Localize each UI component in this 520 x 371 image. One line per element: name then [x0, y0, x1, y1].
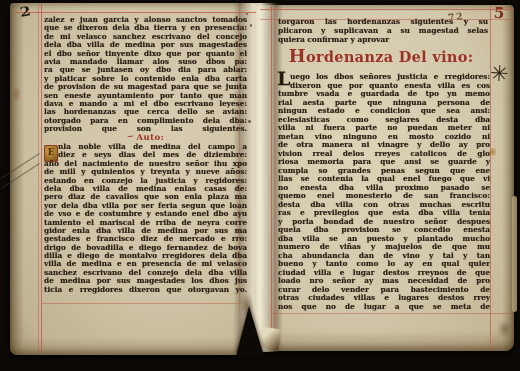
- manuscript-text-line: de provision de su magestad para que se …: [44, 83, 247, 91]
- tironian-mark-icon: 2: [19, 4, 32, 21]
- manuscript-text-line: quiera confirmar y aprovar: [278, 35, 488, 44]
- manuscript-text-line: de mi velasco sanchez escrivano del conc…: [44, 33, 247, 41]
- manuscript-text-line: de otra manera ni vinagre y dello ay pro: [278, 141, 490, 150]
- page-edge-sliver: [512, 196, 517, 312]
- manuscript-text-line: zalez e juan garcia y alonso sanctos tom…: [44, 16, 247, 24]
- manuscript-text-line: llas se contenia la qual enel fuego que …: [278, 175, 490, 184]
- manuscript-text-line: curar delo vender para bastecimiento de: [278, 286, 490, 295]
- manuscript-text-line: numero de viñas y majuelos de que mu: [278, 243, 490, 252]
- manuscript-text-line: y porla bondad de nuestro señor despues: [278, 218, 490, 227]
- manuscript-text-line: dilla e diego de montalvo rregidores del…: [44, 252, 247, 260]
- manuscript-text-line: villa de medina e en presencia de mi vel…: [44, 260, 247, 268]
- manuscript-text-line: sanchez escrivano del conzejo dela dba v…: [44, 269, 247, 277]
- manuscript-text-line: desta dba villa con otras muchas escritu: [278, 201, 490, 210]
- manuscript-text-line: plicaron y suplicavan a su magestad sela…: [278, 26, 488, 35]
- manuscript-text-line: pero diaz de cavallos que son enla plaza…: [44, 193, 247, 201]
- manuscript-text-line: vision rreal delos rreyes catolicos de g…: [278, 150, 490, 159]
- manuscript-text-line: loado nro señor ay mas necesidad de pro: [278, 277, 490, 286]
- ink-dot: [248, 120, 251, 123]
- manuscript-text-line: uego los dbos señores justicia e rregido…: [290, 73, 490, 82]
- right-page-text-body: uego los dbos señores justicia e rregido…: [278, 73, 490, 311]
- manuscript-text-line: dela dba villa de medina por sus magesta…: [44, 41, 247, 49]
- manuscript-text-line: ciudad villa e lugar destos rreynos de q…: [278, 269, 490, 278]
- margin-asterisk-icon: ✳: [489, 61, 509, 87]
- manuscript-text-line: que se dixeron dela dba tierra y en pres…: [44, 24, 247, 32]
- ruling-line: [38, 4, 39, 352]
- manuscript-text-line: villa ni fuera parte no puedan meter ni: [278, 124, 490, 133]
- rubric-heading-auto-label: Auto:: [136, 133, 164, 143]
- manuscript-text-line: otorgado para en complimiento dela dba:: [44, 117, 247, 125]
- manuscript-text-line: nla noble villa de medina del campo a: [58, 143, 247, 151]
- folio-number-red: 5: [493, 4, 505, 23]
- ruling-line: [41, 303, 241, 304]
- manuscript-text-line: rial aesta parte que ninguna persona de: [278, 99, 490, 108]
- manuscript-text-line: el dbo señor tinyente dixo que por quant…: [44, 50, 247, 58]
- manuscript-text-line: las hordenanzas que cerca dello se avian…: [44, 108, 247, 116]
- manuscript-text-line: tumbre vsada e guardada de tpo yn memo: [278, 90, 490, 99]
- manuscript-text-line: ningun estado e condicion que sea ansi:: [278, 107, 490, 116]
- manuscript-text-line: cumpla so grandes penas segun que ene: [278, 167, 490, 176]
- manuscript-text-line: avia mandado llamar alos suso dbos pa:: [44, 58, 247, 66]
- rubric-heading-vino: Hordenanza Del vino:: [262, 46, 500, 70]
- manuscript-text-line: metan vino ninguno en mosto cozido ni: [278, 133, 490, 142]
- manuscript-text-line: no enesta dba villa proximo pasado se: [278, 184, 490, 193]
- manuscript-text-line: estando en conzejo la justicia y regidor…: [44, 177, 247, 185]
- ruling-line: [260, 9, 513, 10]
- ruling-line: [14, 12, 256, 13]
- manuscript-text-line: año del nacimiento de nuestro señor ihu …: [44, 160, 247, 168]
- rubric-flourish: ~: [126, 131, 136, 142]
- manuscript-text-line: ras e previlegios que esta dba villa ten…: [278, 209, 490, 218]
- manuscript-text-line: dava e mando a mi el dbo escrivano leyes…: [44, 100, 247, 108]
- manuscript-text-line: de mill y quinientos y treynta y nueve a…: [44, 168, 247, 176]
- manuscript-text-line: gidor enla dba villa de medina por sus m…: [44, 227, 247, 235]
- manuscript-text-line: riosa memoria para que ansi se guarde y: [278, 158, 490, 167]
- left-page-text-lower: nla noble villa de medina del campo adie…: [44, 143, 247, 294]
- manuscript-text-line: nos que no de lugar a que se meta de: [278, 303, 490, 312]
- manuscript-text-line: de vso e de costumbre y estando enel dbo…: [44, 210, 247, 218]
- manuscript-text-line: cha abundancia dan de vino y tal y tan: [278, 252, 490, 261]
- manuscript-text-line: otras ciudades villas e lugares destos r…: [278, 294, 490, 303]
- manuscript-text-line: yor dela dba villa por ser feria segun q…: [44, 202, 247, 210]
- ink-dot: [250, 24, 252, 27]
- ruling-line: [41, 4, 42, 352]
- manuscript-text-line: drigo de bovadilla e diego fernandez de …: [44, 244, 247, 252]
- manuscript-text-line: quemo enel monesterio de san francisco:: [278, 192, 490, 201]
- manuscript-text-line: gestades e francisco diez de mercado e r…: [44, 235, 247, 243]
- manuscript-text-line: tamiento el mariscal de rriba de neyra c…: [44, 219, 247, 227]
- manuscript-text-line: de medina por sus magestades los dhos ju…: [44, 277, 247, 285]
- manuscript-text-line: ra que se juntasen oy dbo dia para ablar…: [44, 66, 247, 74]
- manuscript-text-line: eclesiasticas como seglares desta dba: [278, 116, 490, 125]
- rubric-heading-auto: ~Auto:: [44, 133, 247, 143]
- manuscript-text-line: bueno y tanto como lo ay en qual quier: [278, 260, 490, 269]
- manuscript-text-line: ticia e rregidores dixeron que otorgavan…: [44, 286, 247, 294]
- manuscript-text-line: dixeron que por quanto enesta villa es c…: [290, 82, 490, 91]
- folio-number-ink: 72: [447, 11, 464, 24]
- manuscript-text-line: sen eneste ayuntamiento por tanto que ma…: [44, 92, 247, 100]
- manuscript-text-line: y platicar sobre lo contenido enla dba c…: [44, 75, 247, 83]
- manuscript-text-line: diez e seys dias del mes de diziembre:: [58, 151, 247, 159]
- manuscript-photo: zalez e juan garcia y alonso sanctos tom…: [0, 0, 520, 371]
- manuscript-text-line: dba villa se an puesto y plantado mucho: [278, 235, 490, 244]
- left-page-text-upper: zalez e juan garcia y alonso sanctos tom…: [44, 16, 247, 133]
- manuscript-text-line: dela dba villa de medina enlas casas de:: [44, 185, 247, 193]
- ink-dot: [246, 13, 248, 15]
- manuscript-text-line: quela dba provision se concedio enesta: [278, 226, 490, 235]
- gutter-tear: [236, 306, 264, 356]
- ruling-line: [271, 313, 513, 314]
